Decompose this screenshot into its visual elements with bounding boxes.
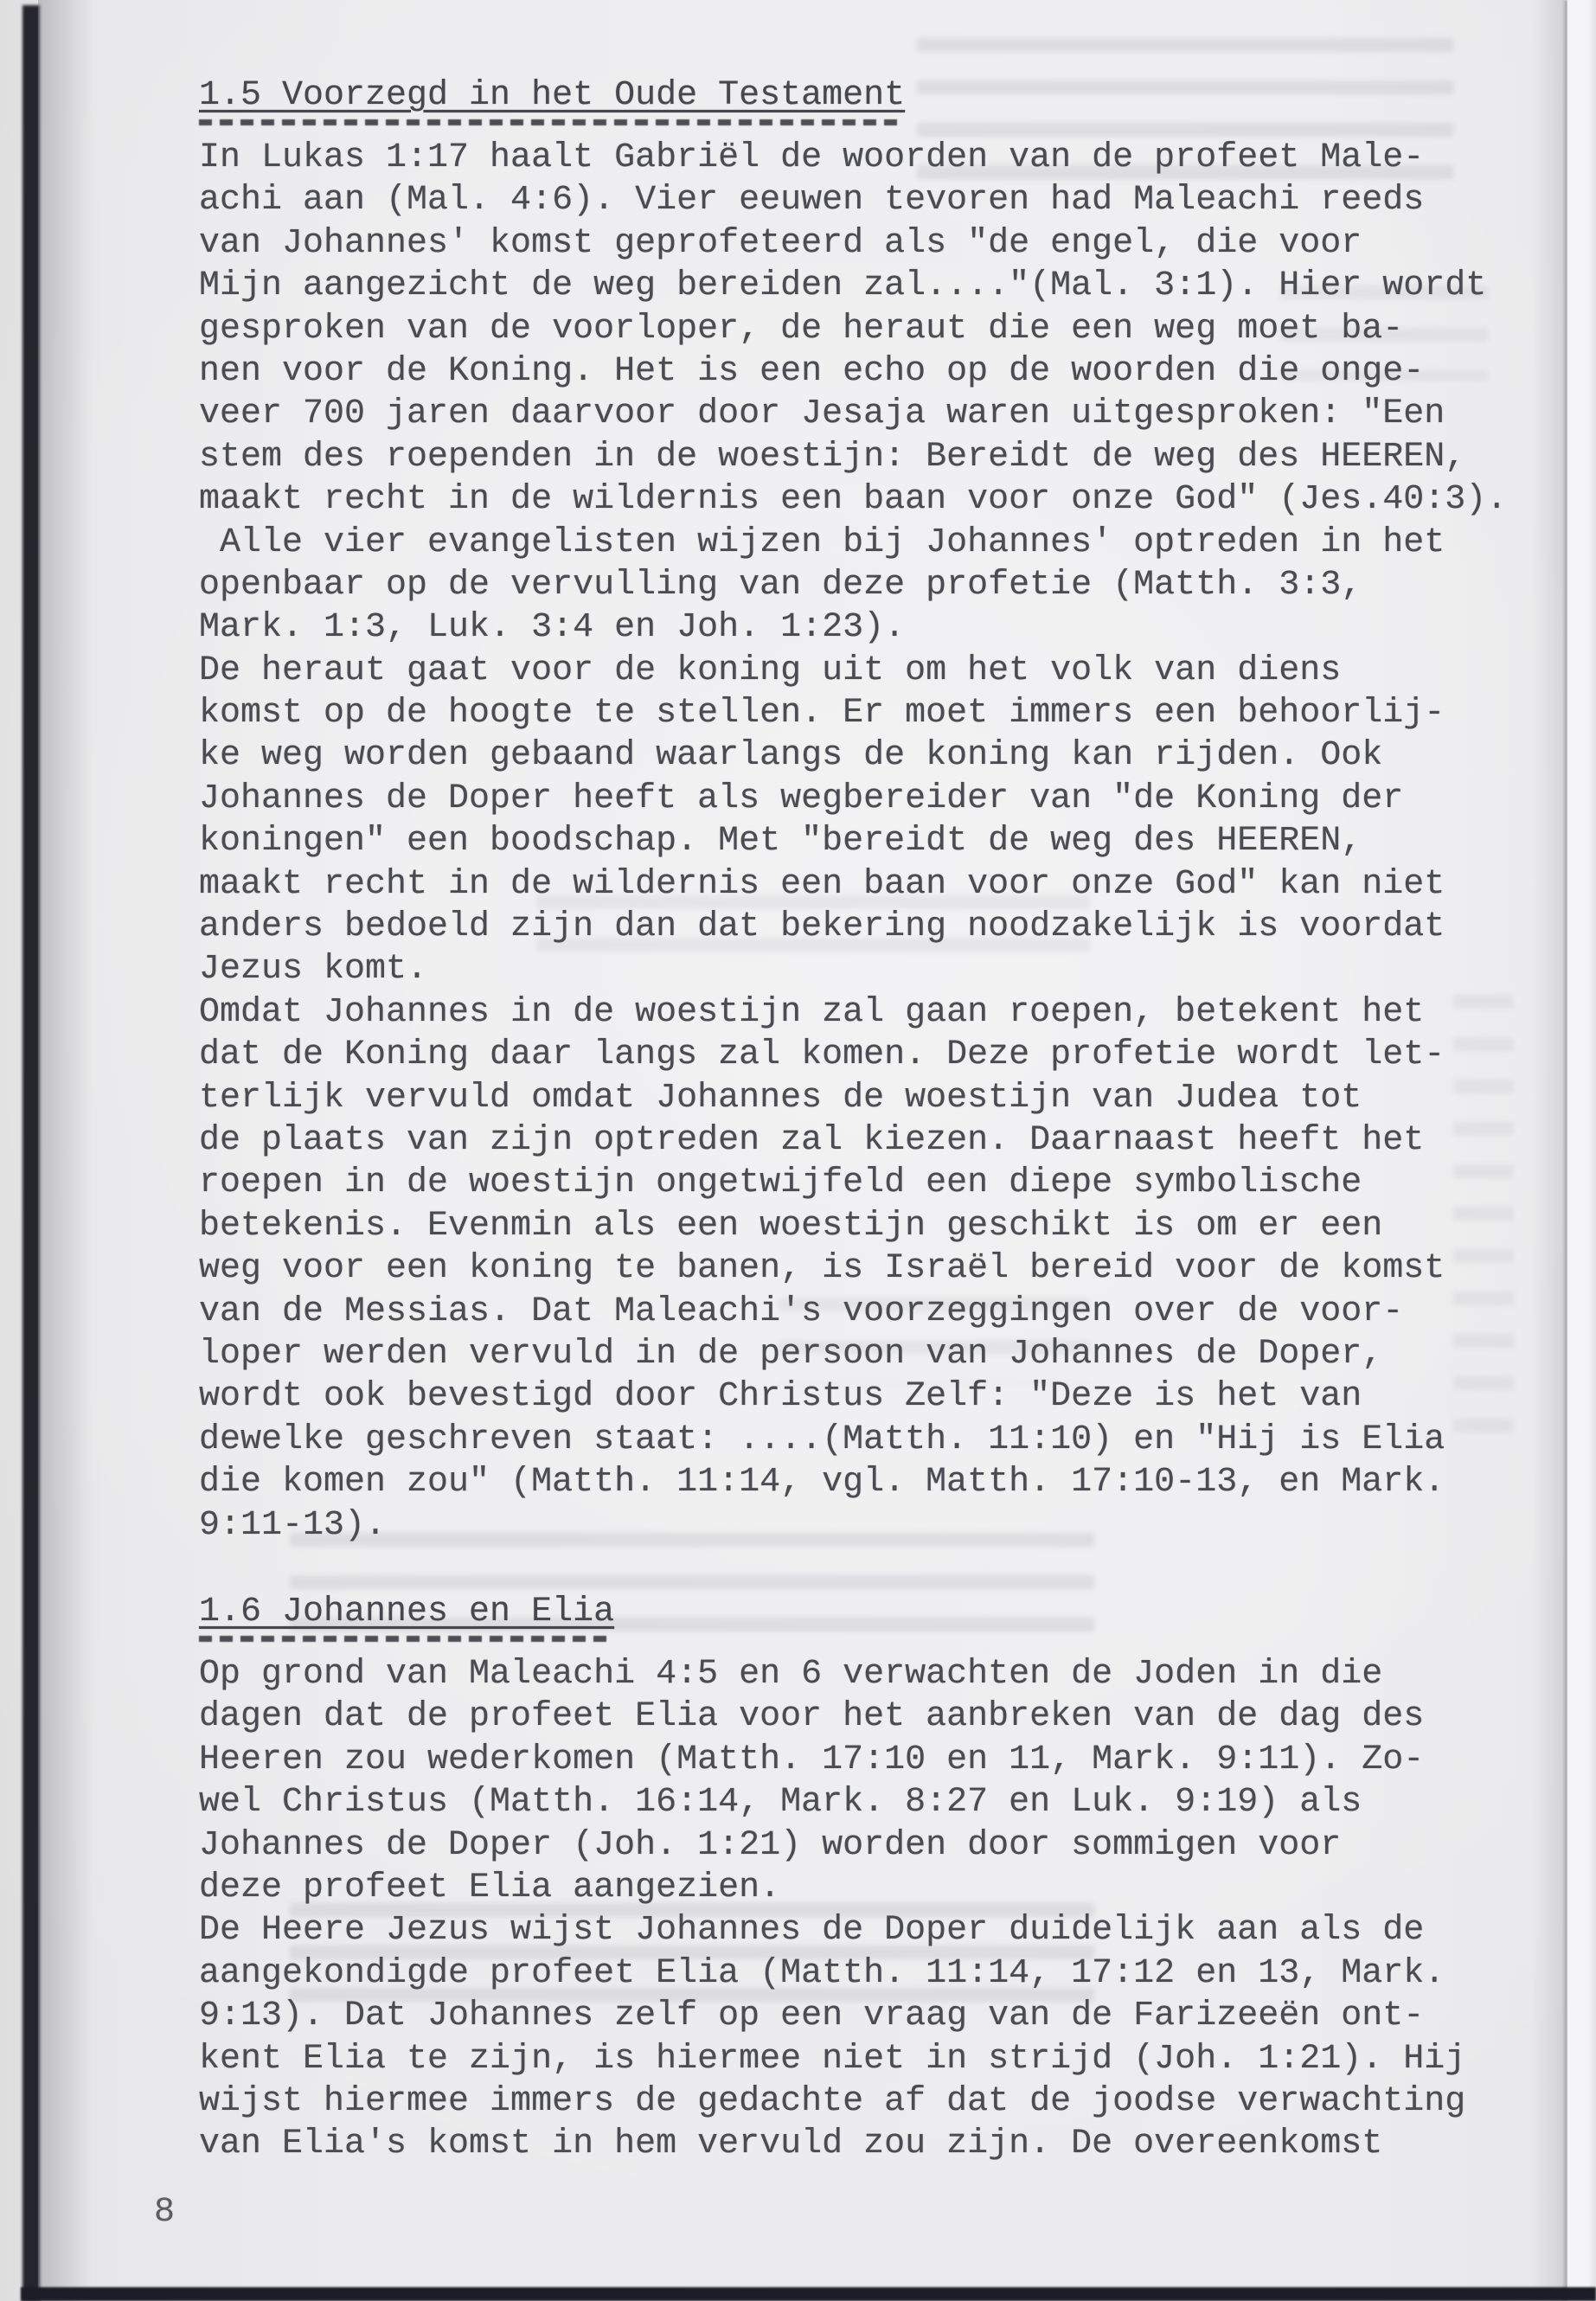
text-line: terlijk vervuld omdat Johannes de woesti…: [199, 1077, 1507, 1119]
next-page-sliver: [1567, 0, 1596, 2301]
text-line: openbaar op de vervulling van deze profe…: [199, 564, 1507, 606]
text-line: wel Christus (Matth. 16:14, Mark. 8:27 e…: [199, 1781, 1465, 1823]
text-line: loper werden vervuld in de persoon van J…: [199, 1333, 1507, 1375]
gutter-soft-shadow: [38, 0, 99, 2301]
bottom-scan-edge: [21, 2287, 1596, 2301]
text-line: Johannes de Doper heeft als wegbereider …: [199, 778, 1507, 820]
scanned-book-page: 1.5 Voorzegd in het Oude Testament In Lu…: [0, 0, 1596, 2301]
heading-dashed-rule: [199, 119, 905, 125]
text-line: Op grond van Maleachi 4:5 en 6 verwachte…: [199, 1653, 1465, 1695]
text-line: De Heere Jezus wijst Johannes de Doper d…: [199, 1909, 1465, 1952]
text-line: die komen zou" (Matth. 11:14, vgl. Matth…: [199, 1461, 1507, 1503]
text-line: 9:13). Dat Johannes zelf op een vraag va…: [199, 1995, 1465, 2037]
text-line: maakt recht in de wildernis een baan voo…: [199, 478, 1507, 521]
text-line: wijst hiermee immers de gedachte af dat …: [199, 2080, 1465, 2123]
text-line: gesproken van de voorloper, de heraut di…: [199, 308, 1507, 350]
text-line: dagen dat de profeet Elia voor het aanbr…: [199, 1695, 1465, 1738]
section-heading-1-5: 1.5 Voorzegd in het Oude Testament: [199, 76, 905, 115]
text-line: veer 700 jaren daarvoor door Jesaja ware…: [199, 393, 1507, 435]
text-line: Heeren zou wederkomen (Matth. 17:10 en 1…: [199, 1739, 1465, 1781]
text-line: 9:11-13).: [199, 1504, 1507, 1547]
text-line: Johannes de Doper (Joh. 1:21) worden doo…: [199, 1824, 1465, 1867]
text-line: van de Messias. Dat Maleachi's voorzeggi…: [199, 1291, 1507, 1333]
section-body-1-6: Op grond van Maleachi 4:5 en 6 verwachte…: [199, 1653, 1465, 2166]
section-heading-1-6: 1.6 Johannes en Elia: [199, 1593, 614, 1631]
text-line: weg voor een koning te banen, is Israël …: [199, 1247, 1507, 1290]
text-line: betekenis. Evenmin als een woestijn gesc…: [199, 1205, 1507, 1247]
text-line: maakt recht in de wildernis een baan voo…: [199, 863, 1507, 906]
text-line: ke weg worden gebaand waarlangs de konin…: [199, 734, 1507, 777]
text-line: kent Elia te zijn, is hiermee niet in st…: [199, 2038, 1465, 2080]
text-line: Jezus komt.: [199, 948, 1507, 990]
text-line: Omdat Johannes in de woestijn zal gaan r…: [199, 991, 1507, 1034]
text-line: dat de Koning daar langs zal komen. Deze…: [199, 1034, 1507, 1076]
text-line: roepen in de woestijn ongetwijfeld een d…: [199, 1162, 1507, 1204]
text-line: wordt ook bevestigd door Christus Zelf: …: [199, 1375, 1507, 1418]
text-line: Mijn aangezicht de weg bereiden zal...."…: [199, 265, 1507, 307]
text-line: aangekondigde profeet Elia (Matth. 11:14…: [199, 1952, 1465, 1995]
text-line: In Lukas 1:17 haalt Gabriël de woorden v…: [199, 137, 1507, 179]
text-line: deze profeet Elia aangezien.: [199, 1867, 1465, 1909]
heading-dashed-rule: [199, 1636, 614, 1642]
text-line: koningen" een boodschap. Met "bereidt de…: [199, 820, 1507, 862]
text-line: van Johannes' komst geprofeteerd als "de…: [199, 222, 1507, 265]
text-line: Mark. 1:3, Luk. 3:4 en Joh. 1:23).: [199, 606, 1507, 649]
text-line: komst op de hoogte te stellen. Er moet i…: [199, 692, 1507, 734]
text-line: anders bedoeld zijn dan dat bekering noo…: [199, 906, 1507, 948]
text-line: Alle vier evangelisten wijzen bij Johann…: [199, 522, 1507, 564]
page-number: 8: [154, 2193, 175, 2232]
text-line: De heraut gaat voor de koning uit om het…: [199, 650, 1507, 692]
page-edge-shadow: [1531, 0, 1564, 2301]
text-line: dewelke geschreven staat: ....(Matth. 11…: [199, 1419, 1507, 1461]
text-line: stem des roependen in de woestijn: Berei…: [199, 436, 1507, 478]
text-line: van Elia's komst in hem vervuld zou zijn…: [199, 2123, 1465, 2165]
text-line: de plaats van zijn optreden zal kiezen. …: [199, 1119, 1507, 1162]
text-line: nen voor de Koning. Het is een echo op d…: [199, 350, 1507, 393]
book-gutter-shadow: [22, 5, 40, 2301]
section-body-1-5: In Lukas 1:17 haalt Gabriël de woorden v…: [199, 137, 1507, 1547]
text-line: achi aan (Mal. 4:6). Vier eeuwen tevoren…: [199, 179, 1507, 221]
